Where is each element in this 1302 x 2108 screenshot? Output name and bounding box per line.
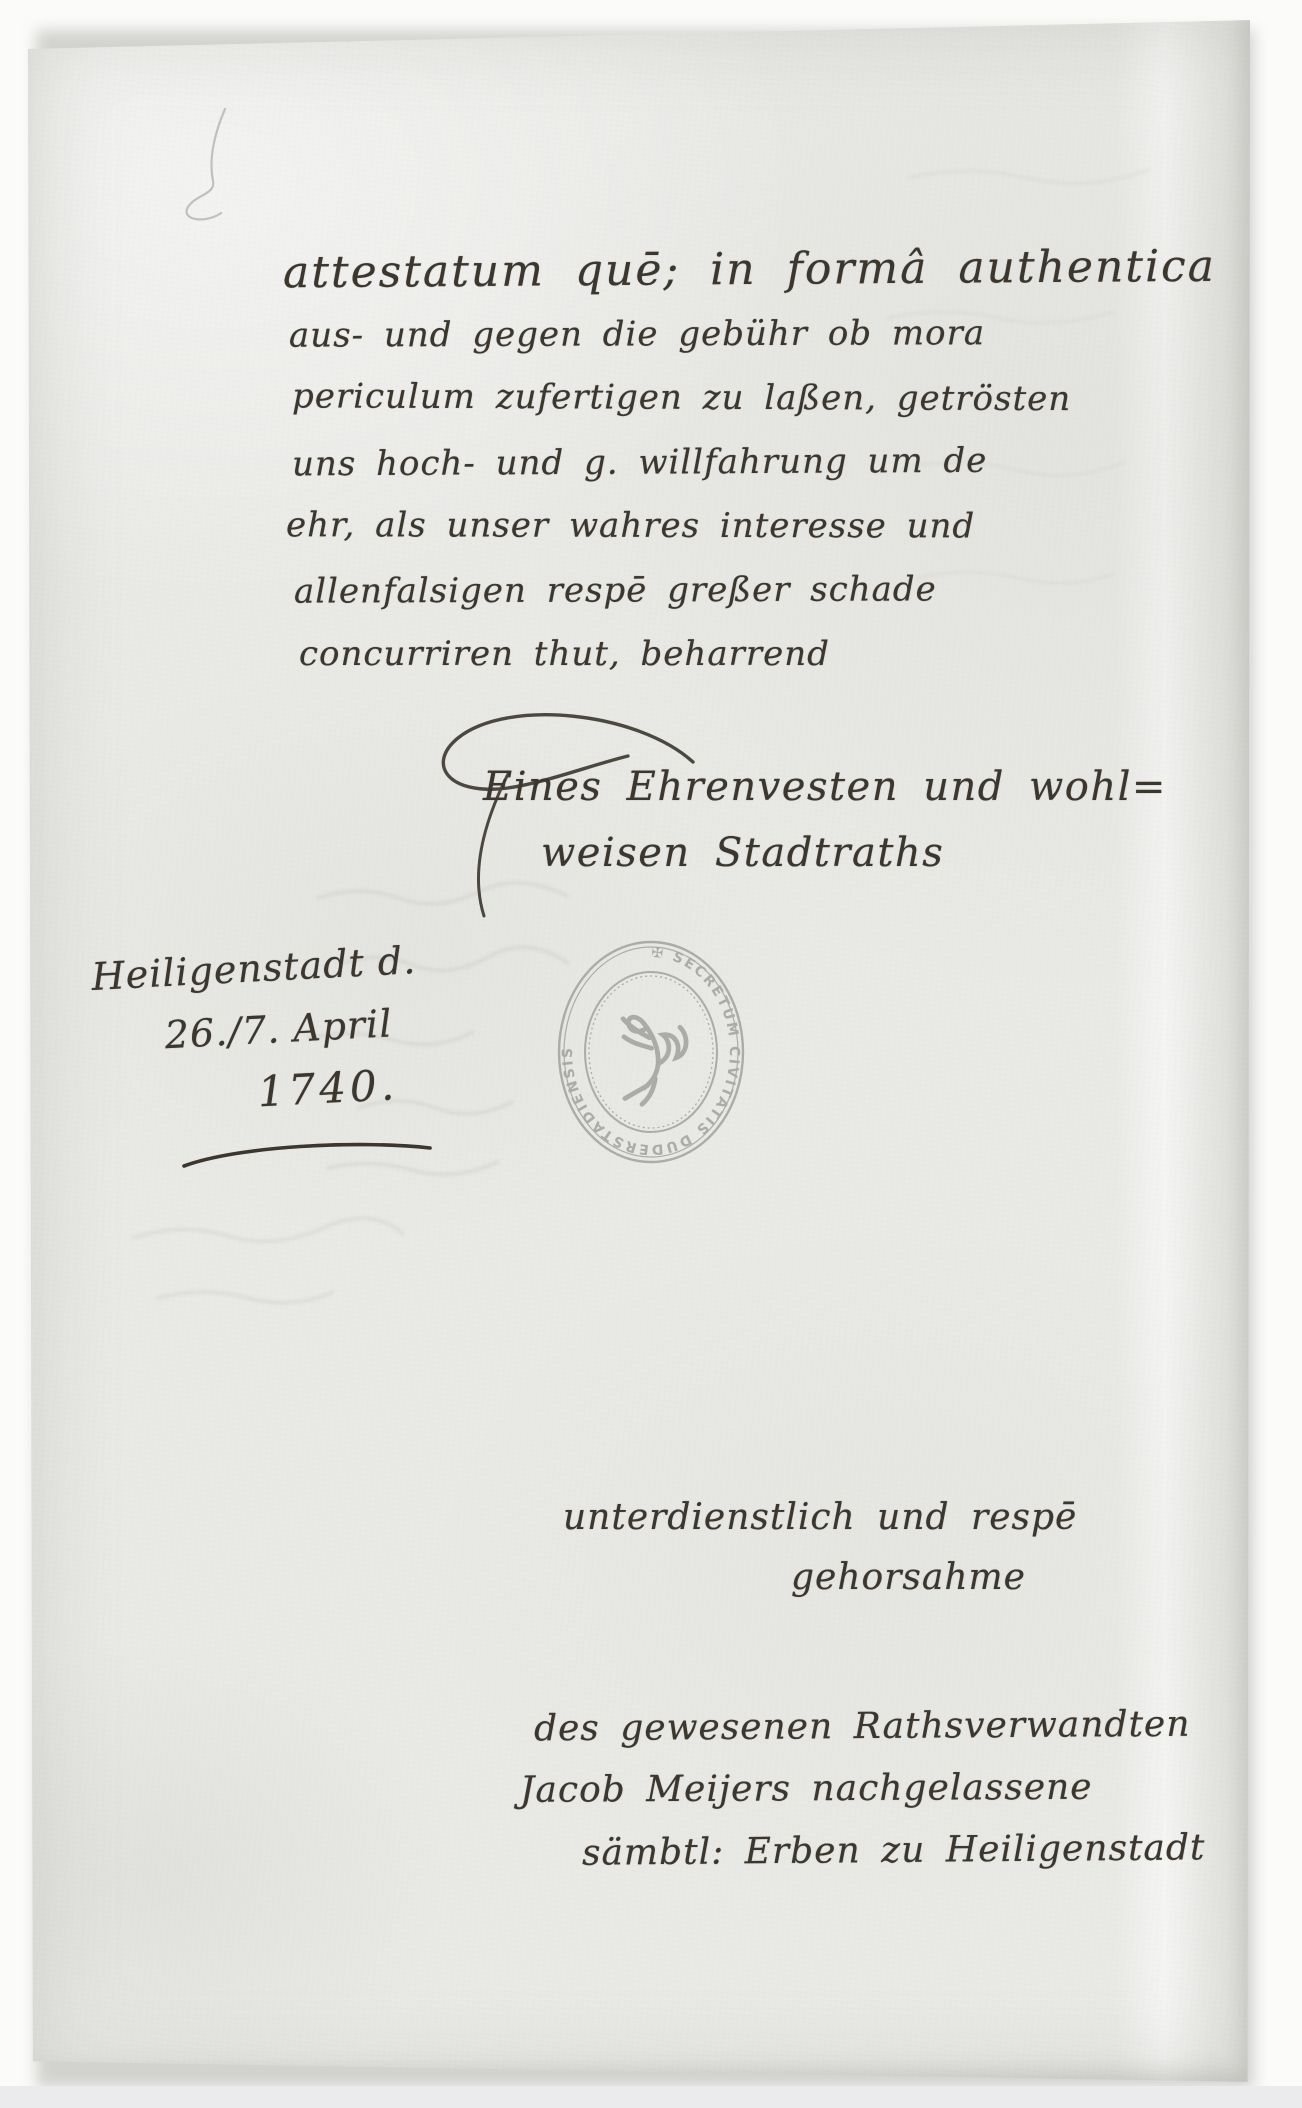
body-line: allenfalsigen respē greßer schade [294,556,1216,623]
dateline-block: Heiligenstadt d. 26./7. April 1740. [90,929,424,1132]
underline-flourish [178,1138,438,1174]
ink-bleedthrough [118,1198,418,1328]
body-line: aus- und gegen die gebühr ob mora [289,300,1216,367]
body-line: ehr, als unser wahres interesse und [286,493,1216,559]
scan-edge-strip [0,2086,1302,2108]
signature-line: sämbtl: Erben zu Heiligenstadt [582,1817,1206,1884]
body-line: attestatum quē; in formâ authentica [283,235,1216,306]
closing-line: gehorsahme [791,1548,1077,1608]
body-text-block: attestatum quē; in formâ authentica aus-… [283,238,1216,686]
body-line: concurriren thut, beharrend [299,622,1216,686]
pencil-squiggle-mark [163,103,273,233]
signature-block: des gewesenen Rathsverwandten Jacob Meij… [520,1696,1205,1882]
salutation-line: weisen Stadtraths [541,820,1167,886]
lion-rampant-emblem [623,1017,686,1104]
signature-line: des gewesenen Rathsverwandten [534,1694,1206,1761]
closing-block: unterdienstlich und respē gehorsahme [563,1488,1077,1608]
salutation-block: Eines Ehrenvesten und wohl= weisen Stadt… [483,754,1167,886]
closing-line: unterdienstlich und respē [563,1488,1077,1548]
signature-line: Jacob Meijers nachgelassene [520,1756,1206,1822]
dateline-year: 1740. [256,1053,424,1124]
body-line: periculum zufertigen zu laßen, getrösten [292,364,1216,431]
manuscript-scan: attestatum quē; in formâ authentica aus-… [0,0,1302,2108]
city-seal-stamp: ✠ SECRETUM CIVITATIS DUDERSTADIENSIS [551,938,751,1174]
paper-sheet: attestatum quē; in formâ authentica aus-… [28,18,1250,2084]
body-line: uns hoch- und g. willfahrung um de [292,428,1216,497]
salutation-line: Eines Ehrenvesten und wohl= [483,754,1167,820]
